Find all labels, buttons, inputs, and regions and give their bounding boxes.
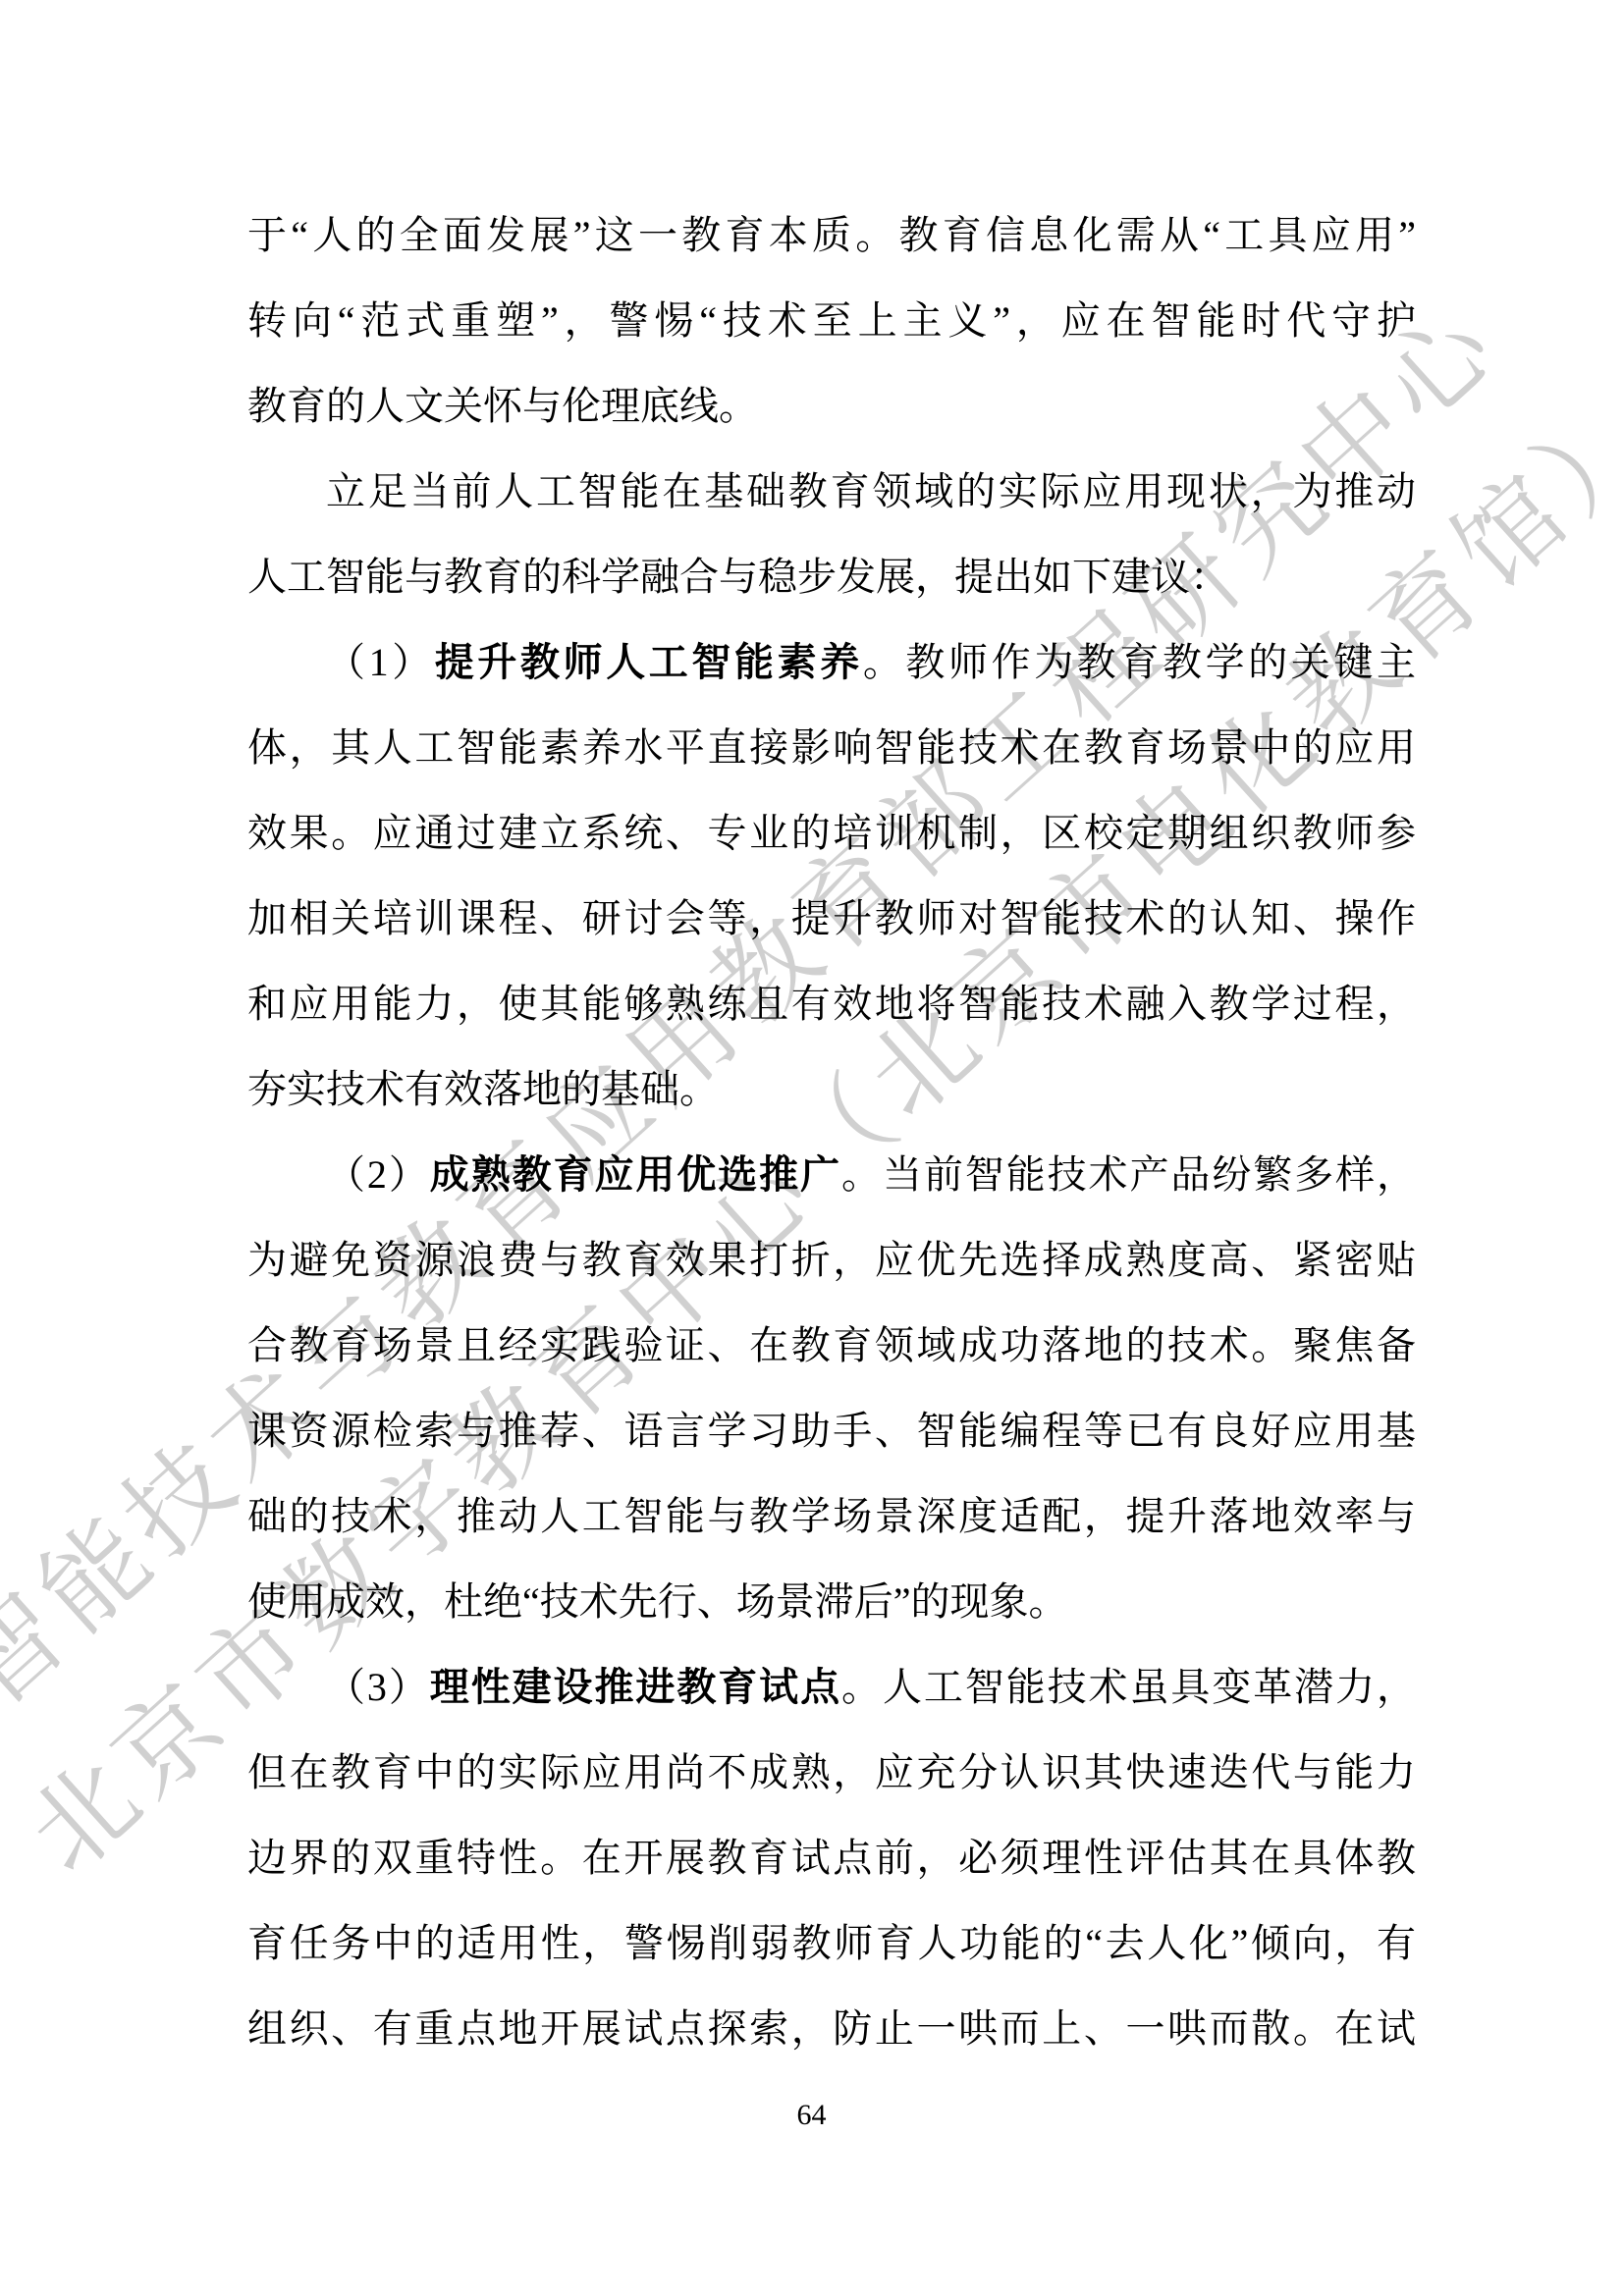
- text-line: 教育的人文关怀与伦理底线。: [247, 363, 1416, 449]
- heading-bold-text: 提升教师人工智能素养: [435, 640, 863, 684]
- text-block: 于“人的全面发展”这一教育本质。教育信息化需从“工具应用”转向“范式重塑”，警惕…: [247, 192, 1416, 2071]
- text-line: 课资源检索与推荐、语言学习助手、智能编程等已有良好应用基: [247, 1388, 1416, 1473]
- body-text: 加相关培训课程、研讨会等，提升教师对智能技术的认知、操作: [247, 896, 1416, 940]
- body-text: （1）: [326, 640, 435, 684]
- text-line: 效果。应通过建立系统、专业的培训机制，区校定期组织教师参: [247, 790, 1416, 876]
- body-text: 边界的双重特性。在开展教育试点前，必须理性评估其在具体教: [247, 1836, 1416, 1880]
- text-line: 夯实技术有效落地的基础。: [247, 1046, 1416, 1132]
- text-line: 础的技术，推动人工智能与教学场景深度适配，提升落地效率与: [247, 1473, 1416, 1559]
- text-line: 但在教育中的实际应用尚不成熟，应充分认识其快速迭代与能力: [247, 1730, 1416, 1815]
- body-text: （2）: [326, 1152, 430, 1197]
- page-number: 64: [0, 2099, 1623, 2132]
- text-line: 组织、有重点地开展试点探索，防止一哄而上、一哄而散。在试: [247, 1986, 1416, 2071]
- text-line: 加相关培训课程、研讨会等，提升教师对智能技术的认知、操作: [247, 876, 1416, 961]
- text-line: 转向“范式重塑”，警惕“技术至上主义”，应在智能时代守护: [247, 278, 1416, 363]
- heading-bold-text: 理性建设推进教育试点: [430, 1665, 841, 1709]
- body-text: 教育的人文关怀与伦理底线。: [247, 384, 758, 428]
- text-line: （1）提升教师人工智能素养。教师作为教育教学的关键主: [247, 619, 1416, 705]
- body-text: 人工智能与教育的科学融合与稳步发展，提出如下建议：: [247, 555, 1229, 599]
- text-line: （2）成熟教育应用优选推广。当前智能技术产品纷繁多样，: [247, 1132, 1416, 1217]
- text-line: 使用成效，杜绝“技术先行、场景滞后”的现象。: [247, 1559, 1416, 1644]
- body-text: 为避免资源浪费与教育效果打折，应优先选择成熟度高、紧密贴: [247, 1238, 1416, 1282]
- body-text: （3）: [326, 1665, 430, 1709]
- body-text: 。人工智能技术虽具变革潜力，: [841, 1665, 1416, 1709]
- body-text: 使用成效，杜绝“技术先行、场景滞后”的现象。: [247, 1579, 1068, 1624]
- body-text: 组织、有重点地开展试点探索，防止一哄而上、一哄而散。在试: [247, 2006, 1416, 2051]
- text-line: 和应用能力，使其能够熟练且有效地将智能技术融入教学过程，: [247, 961, 1416, 1046]
- document-page: 智能技术与教育应用教育部工程研究中心 北京市数字教育中心（北京市电化教育馆） 于…: [0, 0, 1623, 2296]
- text-line: 合教育场景且经实践验证、在教育领域成功落地的技术。聚焦备: [247, 1303, 1416, 1388]
- text-line: 为避免资源浪费与教育效果打折，应优先选择成熟度高、紧密贴: [247, 1217, 1416, 1303]
- body-text: 夯实技术有效落地的基础。: [247, 1067, 719, 1111]
- body-text: 础的技术，推动人工智能与教学场景深度适配，提升落地效率与: [247, 1494, 1416, 1538]
- text-line: （3）理性建设推进教育试点。人工智能技术虽具变革潜力，: [247, 1644, 1416, 1730]
- text-line: 于“人的全面发展”这一教育本质。教育信息化需从“工具应用”: [247, 192, 1416, 278]
- body-text: 转向“范式重塑”，警惕“技术至上主义”，应在智能时代守护: [247, 298, 1416, 343]
- body-text: 合教育场景且经实践验证、在教育领域成功落地的技术。聚焦备: [247, 1323, 1416, 1367]
- text-line: 人工智能与教育的科学融合与稳步发展，提出如下建议：: [247, 534, 1416, 619]
- body-text: 于“人的全面发展”这一教育本质。教育信息化需从“工具应用”: [247, 213, 1416, 257]
- body-text: 课资源检索与推荐、语言学习助手、智能编程等已有良好应用基: [247, 1409, 1416, 1453]
- body-text: 育任务中的适用性，警惕削弱教师育人功能的“去人化”倾向，有: [247, 1921, 1416, 1965]
- text-line: 体，其人工智能素养水平直接影响智能技术在教育场景中的应用: [247, 705, 1416, 790]
- body-text: 但在教育中的实际应用尚不成熟，应充分认识其快速迭代与能力: [247, 1750, 1416, 1794]
- body-text: 效果。应通过建立系统、专业的培训机制，区校定期组织教师参: [247, 811, 1416, 855]
- body-text: 和应用能力，使其能够熟练且有效地将智能技术融入教学过程，: [247, 982, 1416, 1026]
- heading-bold-text: 成熟教育应用优选推广: [430, 1152, 841, 1197]
- text-line: 育任务中的适用性，警惕削弱教师育人功能的“去人化”倾向，有: [247, 1900, 1416, 1986]
- body-text: 立足当前人工智能在基础教育领域的实际应用现状，为推动: [326, 469, 1416, 513]
- body-text: 。教师作为教育教学的关键主: [863, 640, 1416, 684]
- body-text: 体，其人工智能素养水平直接影响智能技术在教育场景中的应用: [247, 725, 1416, 770]
- text-line: 立足当前人工智能在基础教育领域的实际应用现状，为推动: [247, 449, 1416, 534]
- body-text: 。当前智能技术产品纷繁多样，: [841, 1152, 1416, 1197]
- text-line: 边界的双重特性。在开展教育试点前，必须理性评估其在具体教: [247, 1815, 1416, 1900]
